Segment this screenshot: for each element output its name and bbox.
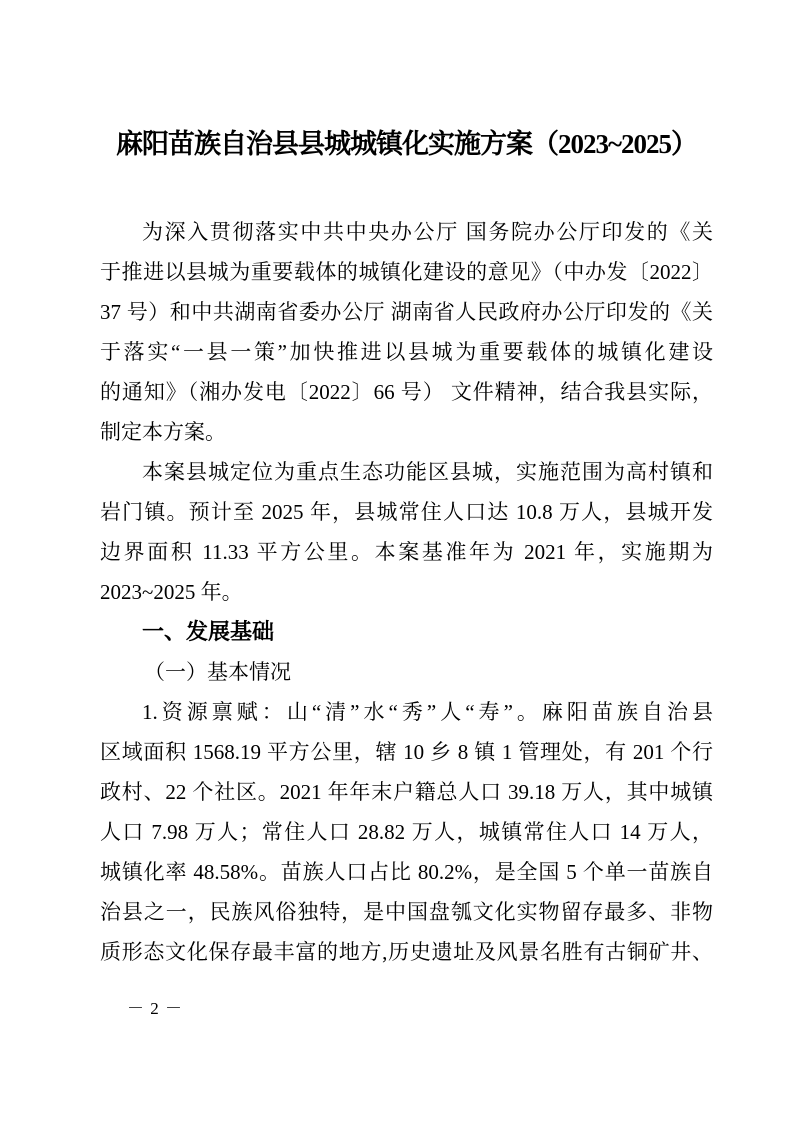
text-line: 制定本方案。: [100, 412, 713, 452]
page-title: 麻阳苗族自治县县城城镇化实施方案（2023~2025）: [100, 124, 713, 164]
page-number: － 2 －: [127, 997, 183, 1021]
text-line: 政村、22 个社区。2021 年年末户籍总人口 39.18 万人，其中城镇: [100, 772, 713, 812]
text-line: 于推进以县城为重要载体的城镇化建设的意见》（中办发〔2022〕: [100, 252, 713, 292]
text-line: 治县之一，民族风俗独特，是中国盘瓠文化实物留存最多、非物: [100, 892, 713, 932]
text-line: 区域面积 1568.19 平方公里，辖 10 乡 8 镇 1 管理处，有 201…: [100, 732, 713, 772]
text-line: 本案县城定位为重点生态功能区县城，实施范围为高村镇和: [100, 452, 713, 492]
text-line: 1.资源禀赋：山“清”水“秀”人“寿”。麻阳苗族自治县: [100, 692, 713, 732]
text-line: 37 号）和中共湖南省委办公厅 湖南省人民政府办公厅印发的《关: [100, 292, 713, 332]
text-line: 于落实“一县一策”加快推进以县城为重要载体的城镇化建设: [100, 332, 713, 372]
document-body: 为深入贯彻落实中共中央办公厅 国务院办公厅印发的《关于推进以县城为重要载体的城镇…: [100, 212, 713, 972]
section-heading: 一、发展基础: [100, 612, 713, 652]
text-line: 岩门镇。预计至 2025 年，县城常住人口达 10.8 万人，县城开发: [100, 492, 713, 532]
text-line: 质形态文化保存最丰富的地方,历史遗址及风景名胜有古铜矿井、: [100, 932, 713, 972]
document-page: 麻阳苗族自治县县城城镇化实施方案（2023~2025） 为深入贯彻落实中共中央办…: [0, 0, 793, 1122]
text-line: 为深入贯彻落实中共中央办公厅 国务院办公厅印发的《关: [100, 212, 713, 252]
text-line: 人口 7.98 万人；常住人口 28.82 万人，城镇常住人口 14 万人，: [100, 812, 713, 852]
text-line: 2023~2025 年。: [100, 572, 713, 612]
subsection-heading: （一）基本情况: [100, 652, 713, 692]
text-line: 边界面积 11.33 平方公里。本案基准年为 2021 年，实施期为: [100, 532, 713, 572]
text-line: 的通知》（湘办发电〔2022〕66 号） 文件精神，结合我县实际，: [100, 372, 713, 412]
text-line: 城镇化率 48.58%。苗族人口占比 80.2%，是全国 5 个单一苗族自: [100, 852, 713, 892]
